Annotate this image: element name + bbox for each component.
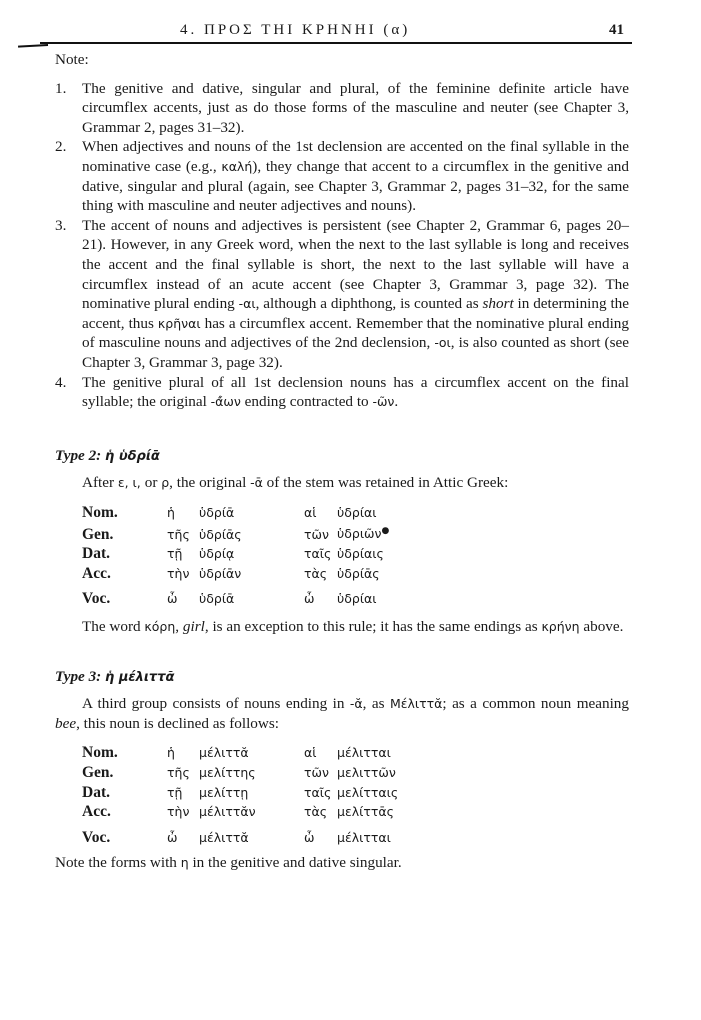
greek-letter: ρ (161, 475, 169, 490)
case-label: Dat. (82, 783, 167, 803)
greek-ending: -ά́ων (211, 394, 241, 409)
table-row: Acc. τὴν μέλιττᾰν τὰς μελίττᾱς (82, 802, 457, 822)
note-item-3: 3. The accent of nouns and adjectives is… (55, 216, 629, 373)
case-label: Voc. (82, 583, 167, 609)
case-label: Dat. (82, 544, 167, 564)
case-label: Gen. (82, 522, 167, 544)
para-text: , (175, 618, 183, 635)
greek-word: κρῆναι (158, 316, 201, 331)
heading-label: Type 3: (55, 668, 105, 685)
type2-heading: Type 2: ἡ ὑδρίᾱ (55, 446, 629, 467)
note-number: 2. (55, 137, 66, 157)
noun-singular: ὑδρίᾱν (199, 564, 304, 584)
note-text: . (394, 393, 398, 410)
note-text: The genitive and dative, singular and pl… (82, 80, 629, 136)
type2-exception: The word κόρη, girl, is an exception to … (55, 617, 629, 637)
greek-word: Μέλιττᾰ (390, 696, 442, 711)
running-head: 4. ΠΡΟΣ ΤΗΙ ΚΡΗΝΗΙ (α) 41 (0, 22, 701, 42)
noun-plural: ὑδρίαις (337, 544, 457, 564)
notes-list: 1. The genitive and dative, singular and… (55, 79, 629, 412)
intro-text: After (82, 474, 118, 491)
noun-singular: μέλιττᾰ (199, 743, 304, 763)
noun-plural: μέλιτται (337, 822, 457, 848)
type2-intro: After ε, ι, or ρ, the original -ᾱ of the… (55, 473, 629, 493)
emphasis: short (482, 295, 513, 312)
greek-word: καλή (221, 159, 252, 174)
type3-declension-table: Nom. ἡ μέλιττᾰ αἱ μέλιτται Gen. τῆς μελί… (82, 743, 457, 847)
page-number: 41 (609, 22, 624, 39)
header-rule-tail (18, 44, 48, 47)
running-title: 4. ΠΡΟΣ ΤΗΙ ΚΡΗΝΗΙ (α) (180, 22, 410, 39)
noun-plural: ὑδριῶν (337, 527, 382, 542)
intro-text: ; as a common noun meaning (442, 695, 629, 712)
intro-text: , the original (169, 474, 250, 491)
article-singular: τὴν (167, 564, 199, 584)
table-row: Nom. ἡ μέλιττᾰ αἱ μέλιτται (82, 743, 457, 763)
article-singular: τῇ (167, 783, 199, 803)
heading-greek: ἡ ὑδρίᾱ (105, 449, 160, 464)
greek-word: κόρη (144, 619, 175, 634)
case-label: Gen. (82, 763, 167, 783)
intro-text: , this noun is declined as follows: (76, 715, 279, 732)
article-plural: τῶν (304, 763, 337, 783)
note-text: , although a diphthong, is counted as (256, 295, 483, 312)
note-label: Note: (55, 50, 629, 70)
article-singular: τῆς (167, 522, 199, 544)
article-singular: ὦ (167, 822, 199, 848)
noun-plural: μελίττᾱς (337, 802, 457, 822)
table-row: Acc. τὴν ὑδρίᾱν τὰς ὑδρίᾱς (82, 564, 457, 584)
case-label: Acc. (82, 802, 167, 822)
noun-singular: ὑδρίᾱ (199, 503, 304, 523)
greek-word: κρήνη (541, 619, 579, 634)
noun-singular: ὑδρίᾳ (199, 544, 304, 564)
greek-ending: -ῶν (372, 394, 394, 409)
note-number: 4. (55, 373, 66, 393)
table-row: Voc. ὦ ὑδρίᾱ ὦ ὑδρίαι (82, 583, 457, 609)
note-number: 3. (55, 216, 66, 236)
case-label: Voc. (82, 822, 167, 848)
table-row: Gen. τῆς μελίττης τῶν μελιττῶν (82, 763, 457, 783)
noun-plural: μέλιτται (337, 743, 457, 763)
greek-ending: -αι (239, 296, 256, 311)
article-plural: αἱ (304, 743, 337, 763)
para-text: , is an exception to this rule; it has t… (205, 618, 542, 635)
table-row: Nom. ἡ ὑδρίᾱ αἱ ὑδρίαι (82, 503, 457, 523)
note-text: ending contracted to (241, 393, 373, 410)
note-item-4: 4. The genitive plural of all 1st declen… (55, 373, 629, 412)
article-plural: ὦ (304, 822, 337, 848)
article-singular: ἡ (167, 503, 199, 523)
intro-text: of the stem was retained in Attic Greek: (263, 474, 508, 491)
para-text: Note the forms with (55, 854, 181, 871)
noun-plural-cell: ὑδριῶν● (337, 522, 457, 544)
para-text: in the genitive and dative singular. (189, 854, 402, 871)
noun-singular: ὑδρίᾱς (199, 522, 304, 544)
table-row: Gen. τῆς ὑδρίᾱς τῶν ὑδριῶν● (82, 522, 457, 544)
note-number: 1. (55, 79, 66, 99)
article-plural: τὰς (304, 802, 337, 822)
article-plural: αἱ (304, 503, 337, 523)
note-item-1: 1. The genitive and dative, singular and… (55, 79, 629, 138)
intro-text: , as (363, 695, 390, 712)
noun-plural: ὑδρίαι (337, 583, 457, 609)
emphasis: girl (183, 618, 205, 635)
article-plural: τῶν (304, 522, 337, 544)
header-rule (40, 42, 632, 44)
note-item-2: 2. When adjectives and nouns of the 1st … (55, 137, 629, 215)
type3-intro: A third group consists of nouns ending i… (55, 694, 629, 733)
type3-closing-note: Note the forms with η in the genitive an… (55, 853, 629, 873)
noun-singular: μέλιττᾰ (199, 822, 304, 848)
article-plural: ταῖς (304, 783, 337, 803)
article-singular: ὦ (167, 583, 199, 609)
para-text: The word (82, 618, 144, 635)
heading-greek: ἡ μέλιττᾰ (105, 670, 174, 685)
intro-text: A third group consists of nouns ending i… (82, 695, 350, 712)
noun-plural: ὑδρίᾱς (337, 564, 457, 584)
noun-singular: μελίττης (199, 763, 304, 783)
greek-letters: ε, ι, (118, 475, 145, 490)
emphasis: bee (55, 715, 76, 732)
greek-ending: -ᾱ (250, 475, 263, 490)
ink-blot-mark: ● (382, 526, 390, 536)
page-body: Note: 1. The genitive and dative, singul… (55, 50, 629, 873)
noun-plural: μελίτταις (337, 783, 457, 803)
type2-declension-table: Nom. ἡ ὑδρίᾱ αἱ ὑδρίαι Gen. τῆς ὑδρίᾱς τ… (82, 503, 457, 609)
noun-singular: ὑδρίᾱ (199, 583, 304, 609)
noun-singular: μελίττῃ (199, 783, 304, 803)
article-singular: ἡ (167, 743, 199, 763)
case-label: Acc. (82, 564, 167, 584)
article-plural: ταῖς (304, 544, 337, 564)
type3-heading: Type 3: ἡ μέλιττᾰ (55, 667, 629, 688)
para-text: above. (580, 618, 624, 635)
article-singular: τὴν (167, 802, 199, 822)
intro-text: or (145, 474, 161, 491)
greek-letter: η (181, 855, 189, 870)
article-plural: τὰς (304, 564, 337, 584)
article-singular: τῇ (167, 544, 199, 564)
greek-ending: -ᾰ (350, 696, 363, 711)
case-label: Nom. (82, 503, 167, 523)
table-row: Dat. τῇ ὑδρίᾳ ταῖς ὑδρίαις (82, 544, 457, 564)
article-plural: ὦ (304, 583, 337, 609)
noun-plural: ὑδρίαι (337, 503, 457, 523)
article-singular: τῆς (167, 763, 199, 783)
noun-plural: μελιττῶν (337, 763, 457, 783)
noun-singular: μέλιττᾰν (199, 802, 304, 822)
table-row: Voc. ὦ μέλιττᾰ ὦ μέλιτται (82, 822, 457, 848)
heading-label: Type 2: (55, 447, 105, 464)
greek-ending: -οι (434, 335, 450, 350)
case-label: Nom. (82, 743, 167, 763)
table-row: Dat. τῇ μελίττῃ ταῖς μελίτταις (82, 783, 457, 803)
